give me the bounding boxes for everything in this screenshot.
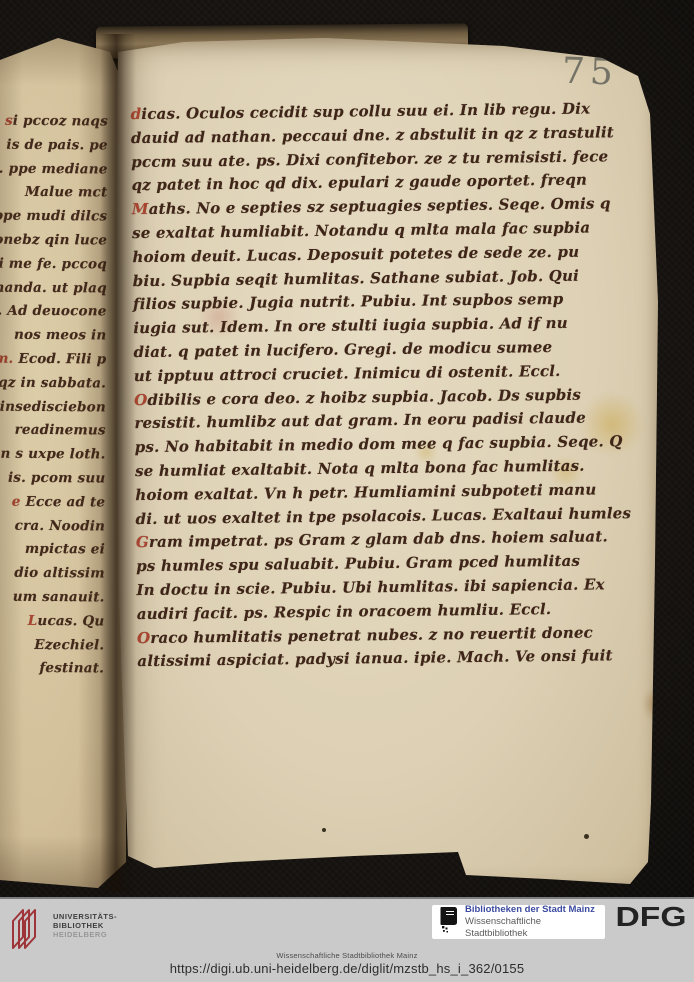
digitized-manuscript-scan: si pccoz naqsis de pais. pep. ppe median… xyxy=(0,0,694,982)
heidelberg-library-logo[interactable]: UNIVERSITÄTS- BIBLIOTHEK HEIDELBERG xyxy=(10,907,117,954)
manuscript-text-fragment: festinat. xyxy=(0,657,104,682)
manuscript-text-fragment: Lucas. Qu xyxy=(0,609,105,634)
manuscript-text-fragment: n s uxpe loth. xyxy=(0,443,106,468)
manuscript-text-fragment: ppe mudi dilcs xyxy=(0,205,107,230)
manuscript-text-fragment: i me fe. pccoq xyxy=(0,252,107,277)
heidelberg-logo-line3: HEIDELBERG xyxy=(53,930,117,939)
manuscript-text-fragment: n. Ad deuocone xyxy=(0,300,107,325)
manuscript-text-fragment: dio altissim xyxy=(0,562,105,587)
manuscript-text-fragment: is. pcom suu xyxy=(0,466,106,491)
manuscript-text-fragment: um sanauit. xyxy=(0,585,105,610)
manuscript-text-fragment: mpictas ei xyxy=(0,538,105,563)
mainz-logo-line1: Bibliotheken der Stadt Mainz xyxy=(465,904,605,916)
manuscript-text-fragment: onebz qin luce xyxy=(0,228,107,253)
parchment-speck xyxy=(322,828,326,832)
manuscript-text-fragment: manda. ut plaq xyxy=(0,276,107,301)
manuscript-text-fragment: readinemus xyxy=(0,419,106,444)
footer-bar: UNIVERSITÄTS- BIBLIOTHEK HEIDELBERG xyxy=(0,897,694,982)
heidelberg-books-icon xyxy=(10,907,44,954)
dfg-logo[interactable]: DFG xyxy=(607,902,694,933)
mainz-library-logo[interactable]: Bibliotheken der Stadt Mainz Wissenschaf… xyxy=(432,905,605,939)
heidelberg-logo-line2: BIBLIOTHEK xyxy=(53,921,117,930)
source-url[interactable]: https://digi.ub.uni-heidelberg.de/diglit… xyxy=(0,961,694,976)
manuscript-page: 75 dicas. Oculos cecidit sup collu suu e… xyxy=(114,36,662,898)
image-caption: Wissenschaftliche Stadtbibliothek Mainz xyxy=(0,951,694,960)
manuscript-text-fragment: qz in sabbata. xyxy=(0,371,106,396)
book-gutter-shadow xyxy=(100,34,136,892)
manuscript-text-fragment: Malue mct xyxy=(0,181,107,206)
manuscript-text-fragment: nos meos in xyxy=(0,324,106,349)
book-icon xyxy=(439,906,459,939)
manuscript-text-fragment: cra. Noodin xyxy=(0,514,105,539)
manuscript-text-fragment: m. Ecod. Fili p xyxy=(0,347,106,372)
heidelberg-logo-line1: UNIVERSITÄTS- xyxy=(53,912,117,921)
manuscript-text-fragment: insedisciebon xyxy=(0,395,106,420)
manuscript-text-fragment: si pccoz naqs xyxy=(0,109,108,134)
manuscript-text-line: altissimi aspiciat. padysi ianua. ipie. … xyxy=(137,644,653,674)
mainz-logo-line2: Wissenschaftliche Stadtbibliothek xyxy=(465,916,605,940)
manuscript-text-fragment: p. ppe mediane xyxy=(0,157,108,182)
parchment-stain xyxy=(644,684,670,724)
folio-number: 75 xyxy=(561,51,642,95)
parchment-speck xyxy=(584,834,589,839)
manuscript-text-fragment: e Ecce ad te xyxy=(0,490,105,515)
photo-area: si pccoz naqsis de pais. pep. ppe median… xyxy=(0,0,694,897)
manuscript-text-fragment: Ezechiel. xyxy=(0,633,104,658)
manuscript-text-block: dicas. Oculos cecidit sup collu suu ei. … xyxy=(131,97,654,674)
manuscript-text-fragment: is de pais. pe xyxy=(0,133,108,158)
